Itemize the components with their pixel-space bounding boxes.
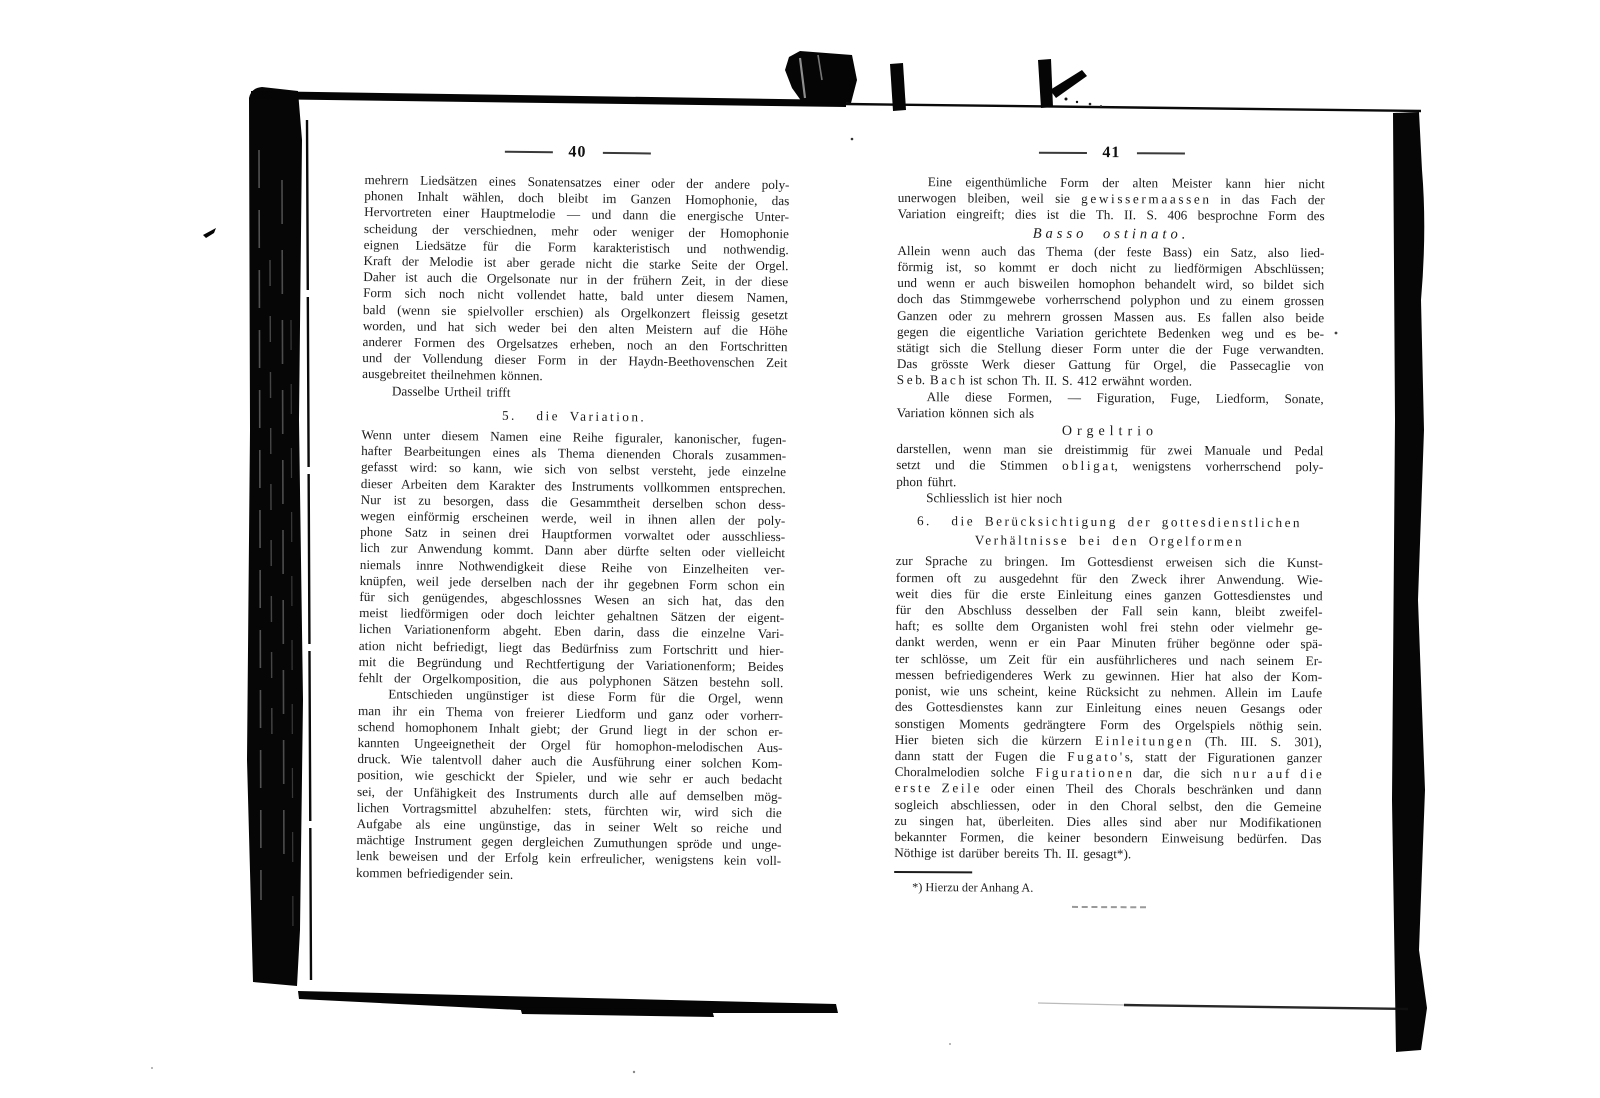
- left-page: 40 mehrern Liedsätzen eines Sonatensatze…: [356, 141, 790, 886]
- ink-bar-artifact: [890, 63, 906, 111]
- text-line: Nöthige ist darüber bereits Th. II. gesa…: [894, 845, 1321, 863]
- right-page: 41 Eine eigenthümliche Form der alten Me…: [894, 143, 1325, 910]
- scan-speck-4: [949, 1043, 951, 1045]
- text-line: Orgeltrio: [896, 423, 1323, 441]
- scan-speck-3: [633, 1071, 635, 1073]
- faint-scan-dash: [1072, 906, 1146, 908]
- page-edge-line-bottom-right: [1124, 1005, 1408, 1009]
- header-dash-icon: [602, 152, 650, 155]
- text-line: zur Sprache zu bringen. Im Gottesdienst …: [896, 553, 1323, 571]
- left-page-number: 40: [568, 143, 586, 161]
- scan-speck-1: [851, 138, 854, 141]
- ink-blob-white-slash-2: [818, 55, 822, 80]
- right-page-text: Eine eigenthümliche Form der alten Meist…: [894, 174, 1325, 864]
- page-edge-bottom-left-thicken: [520, 1007, 714, 1017]
- text-line: setzt und die Stimmen o b l i g a t, wen…: [896, 457, 1323, 475]
- ink-blob-artifact: [785, 51, 857, 103]
- gutter-streak-3: [282, 180, 284, 880]
- text-line: Verhältnisse bei den Orgelformen: [896, 532, 1323, 550]
- text-line: dankt werden, wenn er ein Paar Minuten f…: [895, 634, 1322, 652]
- left-page-text: mehrern Liedsätzen eines Sonatensatzes e…: [356, 172, 790, 886]
- text-line: 6. die Berücksichtigung der gottesdienst…: [896, 513, 1323, 531]
- ink-hook-artifact: [1038, 59, 1053, 108]
- text-line: doch das Stimmgewebe vorherrschend polyp…: [897, 291, 1324, 309]
- text-line: Ganzen oder zu mehrern grossen Massen au…: [897, 308, 1324, 326]
- page-edge-line-bottom-left: [298, 991, 838, 1013]
- left-page-header: 40: [365, 141, 790, 164]
- book-edge-shadow-right: [1392, 112, 1427, 1052]
- page-edge-line-top-thin: [846, 104, 1421, 111]
- text-line: Alle diese Formen, — Figuration, Fuge, L…: [897, 389, 1324, 407]
- ink-blob-white-slash-1: [800, 58, 805, 98]
- header-dash-icon: [504, 151, 552, 154]
- page-edge-line-left-inner: [307, 120, 311, 980]
- page-edge-line-bottom-right-faint: [1038, 1003, 1124, 1005]
- text-line: 5. die Variation.: [362, 406, 787, 427]
- text-line: Schliesslich ist hier noch: [896, 490, 1323, 508]
- scanned-book-spread: 40 mehrern Liedsätzen eines Sonatensatze…: [0, 0, 1600, 1098]
- gutter-streak-2: [270, 260, 272, 760]
- right-page-header: 41: [898, 143, 1325, 163]
- ink-speckle-2: [1076, 101, 1078, 103]
- gutter-streak-4: [291, 320, 293, 950]
- text-line: Basso ostinato.: [897, 225, 1324, 243]
- scan-speck-5: [151, 1067, 153, 1069]
- footnote-area: *) Hierzu der Anhang A.: [894, 871, 1321, 909]
- right-page-number: 41: [1102, 144, 1120, 162]
- text-line: sogleich abschliessen, oder in den Chora…: [894, 797, 1321, 815]
- page-edge-line-top-thick: [251, 91, 846, 107]
- text-line: e r s t e Z e i l e oder einen Theil des…: [895, 780, 1322, 798]
- ink-speckle-1: [1065, 98, 1068, 101]
- text-line: des Gottesdienstes kann zur Einleitung e…: [895, 699, 1322, 717]
- text-line: Variation eingreift; dies ist die Th. II…: [898, 206, 1325, 224]
- ink-hook-arm: [1050, 70, 1087, 98]
- text-line: S e b. B a c h ist schon Th. II. S. 412 …: [897, 372, 1324, 390]
- book-gutter-shadow: [247, 87, 303, 986]
- scan-speck-arrow: [203, 228, 216, 238]
- header-dash-icon: [1038, 152, 1086, 154]
- footnote-rule: [894, 871, 972, 873]
- ink-speckle-3: [1089, 103, 1092, 106]
- scan-artifacts-layer: [0, 0, 1600, 1098]
- scan-speck-2: [1335, 332, 1338, 335]
- gutter-streak-1: [259, 150, 261, 900]
- text-line: Variation können sich als: [897, 405, 1324, 423]
- ink-speckle-4: [1100, 105, 1102, 107]
- footnote-text: *) Hierzu der Anhang A.: [894, 880, 1321, 897]
- header-dash-icon: [1136, 152, 1184, 154]
- text-line: sonstigen Moments gedrängtere Form des O…: [895, 715, 1322, 733]
